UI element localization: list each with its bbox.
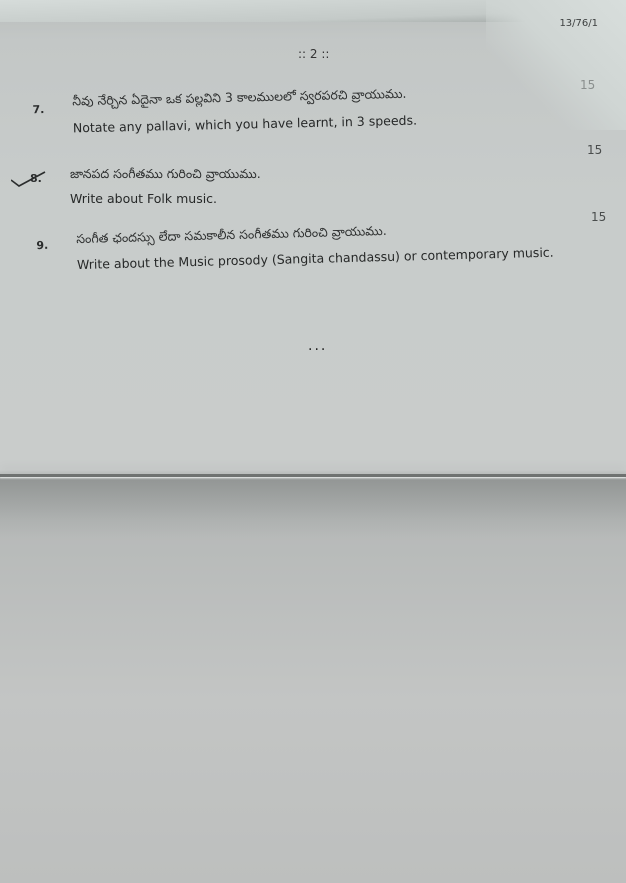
question-9-telugu: సంగీత ఛందస్సు లేదా సమకాలీన సంగీతము గురిం… xyxy=(76,223,387,250)
question-8-english: Write about Folk music. xyxy=(70,191,217,206)
question-7-number: 7. xyxy=(32,103,44,116)
end-of-paper-marker: ... xyxy=(308,338,327,354)
paper-fold-crease xyxy=(0,474,626,477)
question-7-english: Notate any pallavi, which you have learn… xyxy=(73,113,417,136)
paper-code: 13/76/1 xyxy=(559,18,598,29)
fold-shadow xyxy=(0,478,626,538)
question-8-number: 8. xyxy=(30,172,42,185)
page-corner-fold xyxy=(486,0,626,130)
exam-paper-page: 13/76/1 :: 2 :: 15 7. నీవు నేర్చిన ఏదైనా… xyxy=(0,0,626,883)
question-7-marks: 15 xyxy=(580,78,595,92)
question-8-telugu: జానపద సంగీతము గురించి వ్రాయుము. xyxy=(70,166,261,185)
page-number: :: 2 :: xyxy=(298,47,329,61)
question-7-telugu: నీవు నేర్చిన ఏదైనా ఒక పల్లవిని 3 కాలములల… xyxy=(72,86,407,113)
question-9-english: Write about the Music prosody (Sangita c… xyxy=(77,245,554,272)
question-9-marks: 15 xyxy=(591,210,606,224)
question-8-marks: 15 xyxy=(587,143,602,157)
question-9-number: 9. xyxy=(36,239,48,252)
